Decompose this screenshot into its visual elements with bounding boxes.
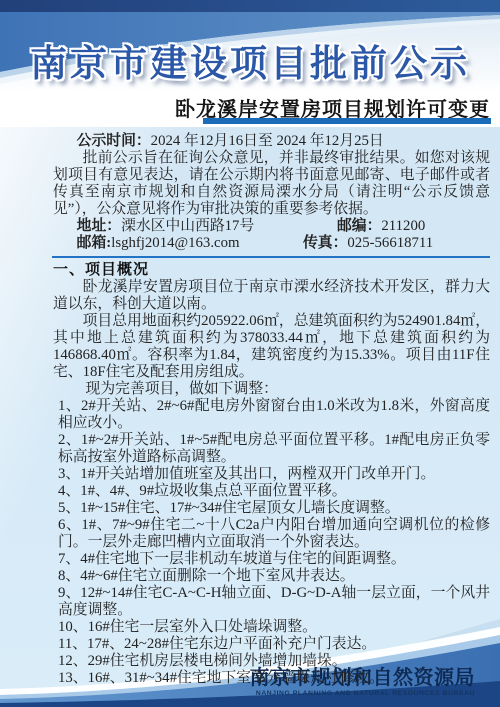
notice-page: 南京市建设项目批前公示 卧龙溪岸安置房项目规划许可变更 公示时间：2024 年1… [0,0,500,707]
notice-body: 公示时间：2024 年12月16日至 2024 年12月25日 批前公示旨在征询… [0,127,500,687]
email-value: lsghfj2014@163.com [111,235,239,251]
notice-time-label: 公示时间： [77,133,151,149]
change-item: 7、4#住宅地下一层非机动车坡道与住宅的间距调整。 [58,551,490,568]
change-list: 1、2#开关站、2#~6#配电房外窗窗台由1.0米改为1.8米，外窗高度相应改小… [53,398,490,687]
notice-time-value: 2024 年12月16日至 2024 年12月25日 [151,133,384,149]
fax: 传真：025-56618711 [303,235,433,252]
notice-time: 公示时间：2024 年12月16日至 2024 年12月25日 [53,133,490,150]
fax-value: 025-56618711 [347,235,433,251]
postcode-value: 211200 [381,218,425,234]
email-label: 邮箱: [77,235,112,251]
email-line: 邮箱:lsghfj2014@163.com 传真：025-56618711 [53,235,490,252]
overview-location: 卧龙溪岸安置房项目位于南京市溧水经济技术开发区，群力大道以东，科创大道以南。 [53,279,490,313]
bureau-name-en: NANJING PLANNING AND NATURAL RESOURCES B… [250,690,476,697]
address-value: 溧水区中山西路17号 [121,218,254,234]
address-line: 地址：溧水区中山西路17号 邮编：211200 [53,218,490,235]
change-item: 2、1#~2#开关站、1#~5#配电房总平面位置平移。1#配电房正负零标高按室外… [58,432,490,466]
overview-figures: 项目总用地面积约205922.06㎡，总建筑面积约为524901.84㎡，其中地… [53,313,490,381]
header-banner: 南京市建设项目批前公示 [0,0,500,90]
change-item: 10、16#住宅一层室外入口处墙垛调整。 [58,619,490,636]
change-item: 12、29#住宅机房层楼电梯间外墙增加墙垛。 [58,653,490,670]
fax-label: 传真： [303,235,347,251]
postcode: 邮编：211200 [337,218,425,235]
change-item: 11、17#、24~28#住宅东边户平面补充户门表达。 [58,636,490,653]
section-divider [52,256,490,258]
change-item: 6、1#、7#~9#住宅二~十八C2a户内阳台增加通向空调机位的检修门。一层外走… [58,517,490,551]
postcode-label: 邮编： [337,218,381,234]
section-heading: 一、项目概况 [53,261,490,278]
change-item: 4、1#、4#、9#垃圾收集点总平面位置平移。 [58,483,490,500]
change-item: 9、12#~14#住宅C-A~C-H轴立面、D-G~D-A轴一层立面，一个风井高… [58,585,490,619]
address-label: 地址： [77,218,121,234]
change-item: 8、4#~6#住宅立面删除一个地下室风井表达。 [58,568,490,585]
change-item: 1、2#开关站、2#~6#配电房外窗窗台由1.0米改为1.8米，外窗高度相应改小… [58,398,490,432]
change-item: 13、16#、31#~34#住宅地下室部分墙垛尺寸修改。 [58,670,490,687]
page-title: 南京市建设项目批前公示 [0,33,500,87]
change-item: 5、1#~15#住宅、17#~34#住宅屋顶女儿墙长度调整。 [58,500,490,517]
adjustments-intro: 现为完善项目，做如下调整： [53,381,490,398]
change-item: 3、1#开关站增加值班室及其出口，两樘双开门改单开门。 [58,466,490,483]
notice-intro: 批前公示旨在征询公众意见，并非最终审批结果。如您对该规划项目有意见表达，请在公示… [53,150,490,218]
subtitle-band: 卧龙溪岸安置房项目规划许可变更 [0,90,500,127]
subtitle-underline [203,118,491,124]
